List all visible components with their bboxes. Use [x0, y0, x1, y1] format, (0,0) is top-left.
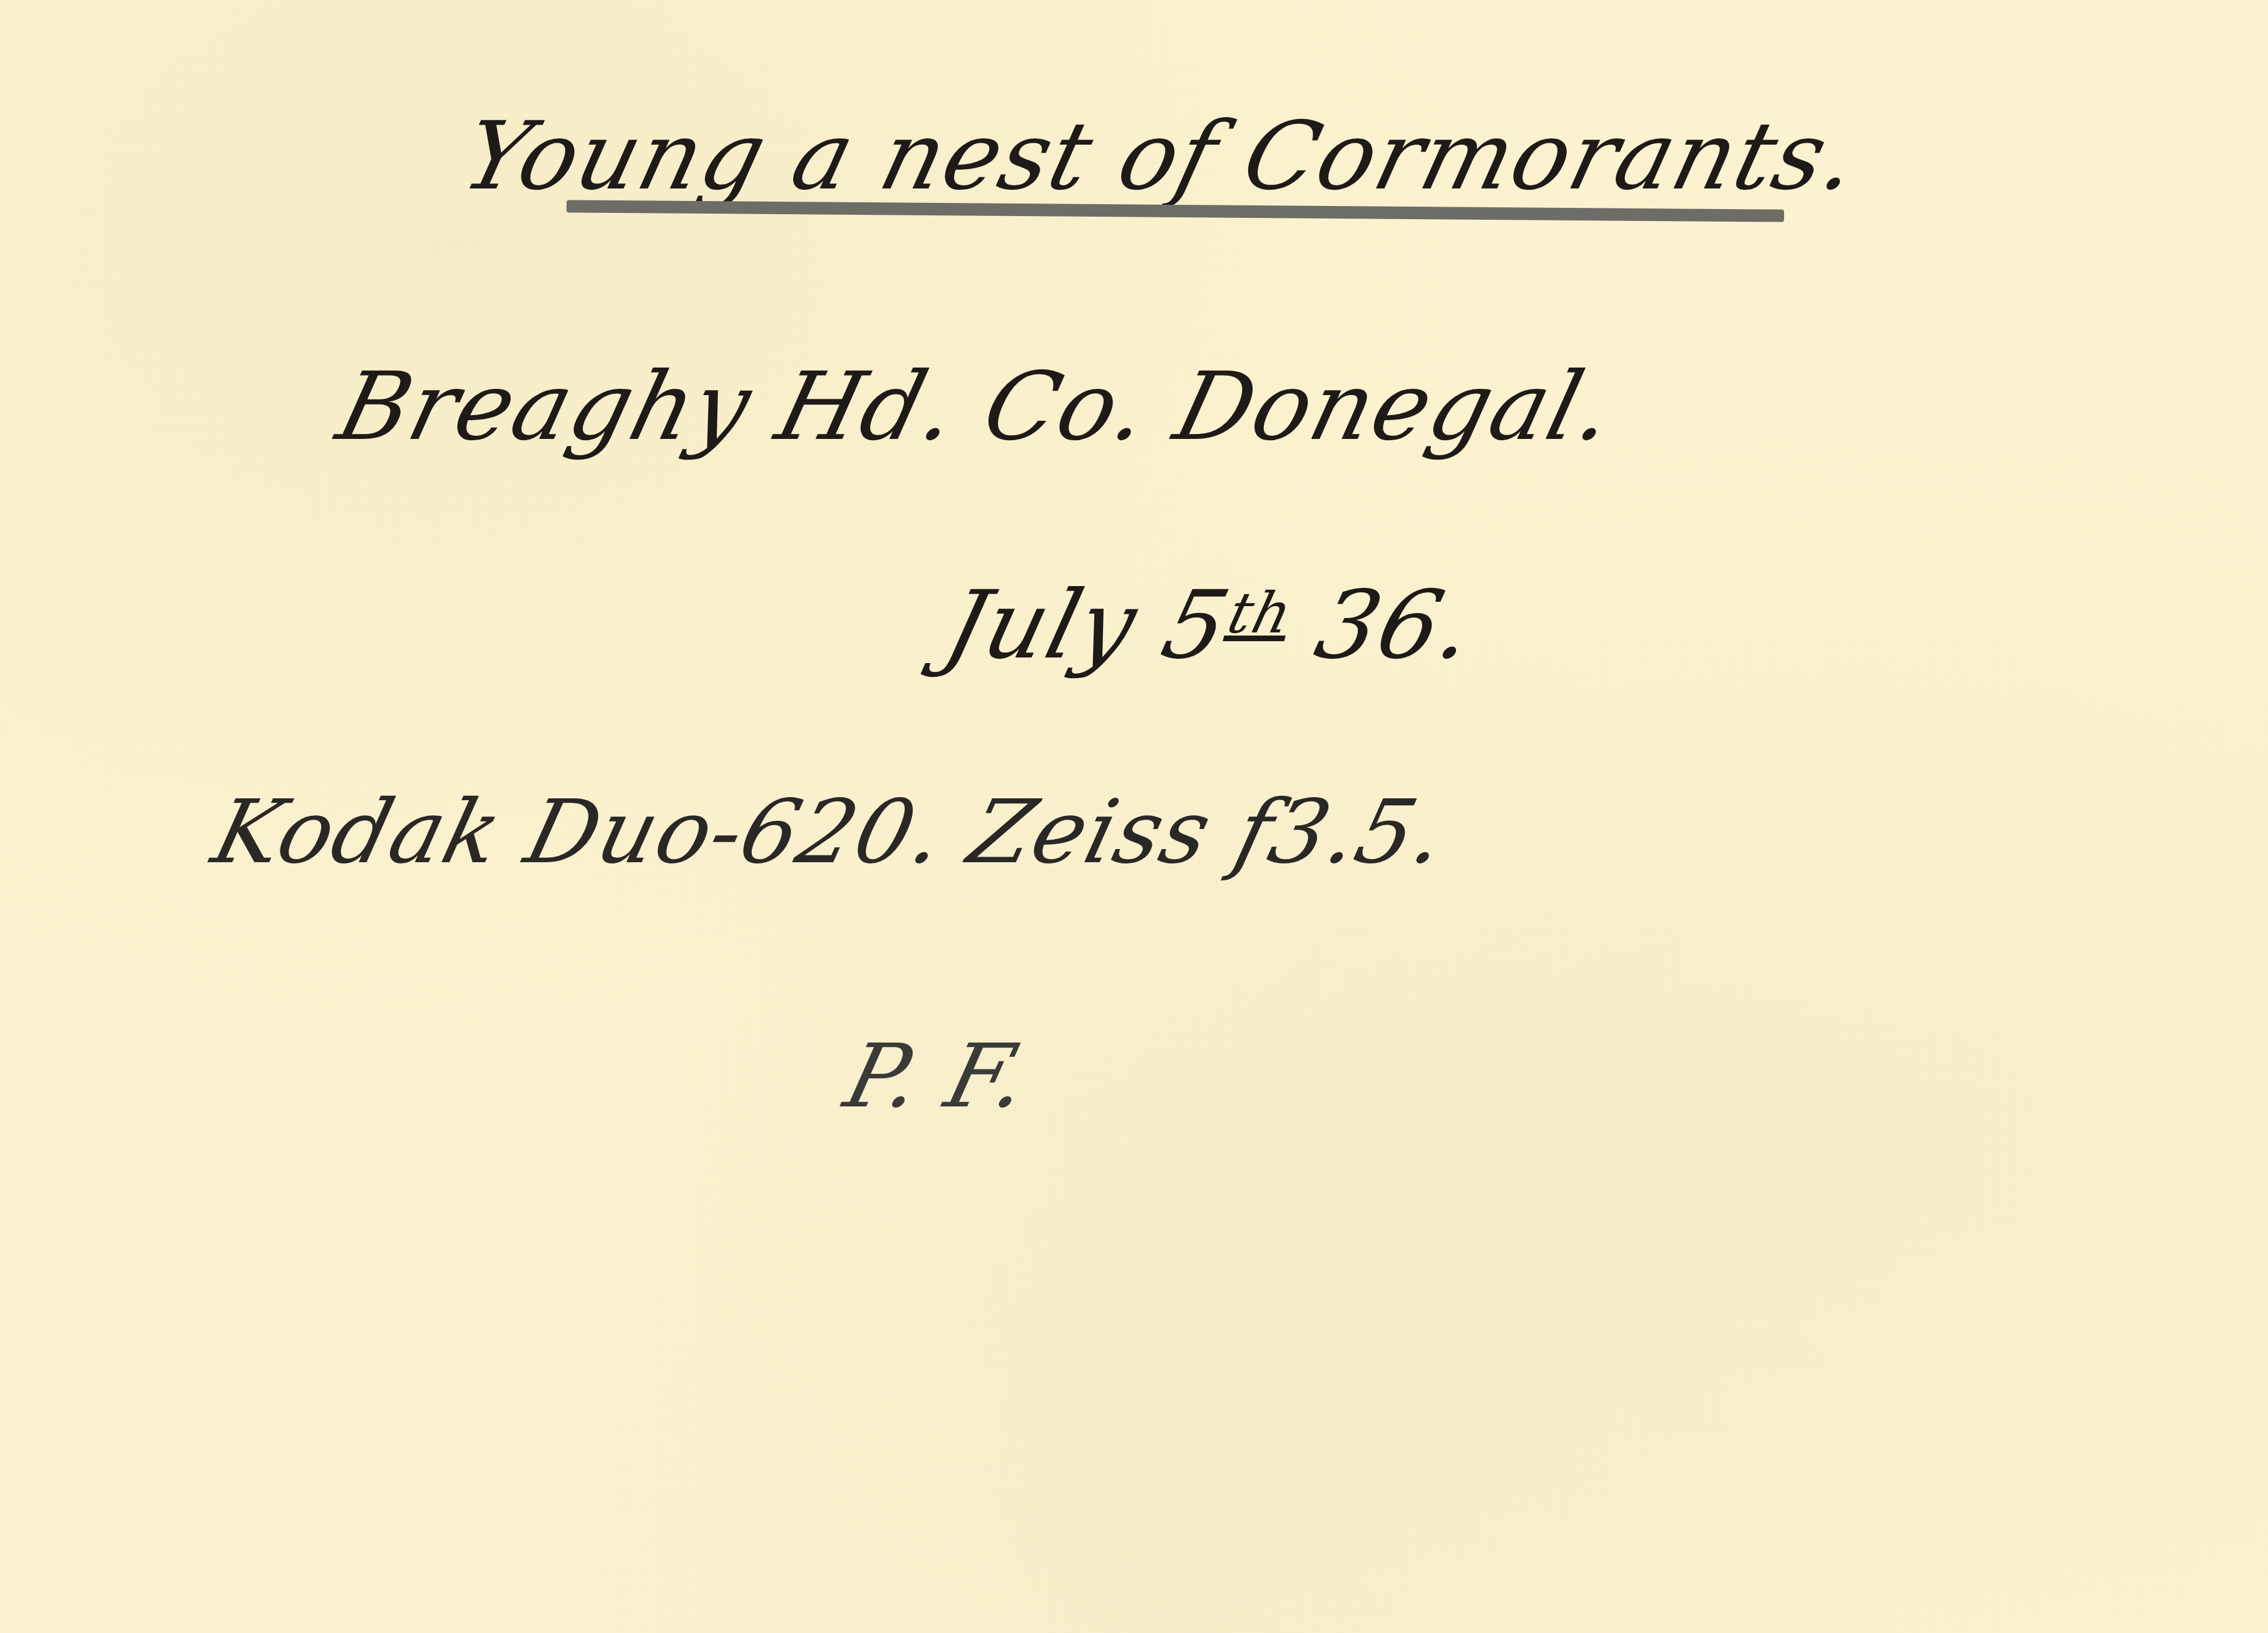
location-line: Breaghy Hd. Co. Donegal.: [326, 344, 1628, 470]
paper-card: Young a nest of Cormorants. Breaghy Hd. …: [0, 0, 2268, 1633]
camera-details: Kodak Duo-620. Zeiss f3.5.: [200, 770, 1460, 895]
date-month: July: [935, 571, 1148, 680]
date-line: July 5th 36.: [933, 551, 1491, 688]
author-initials: P. F.: [833, 1014, 1042, 1140]
date-year: 36.: [1306, 571, 1486, 680]
